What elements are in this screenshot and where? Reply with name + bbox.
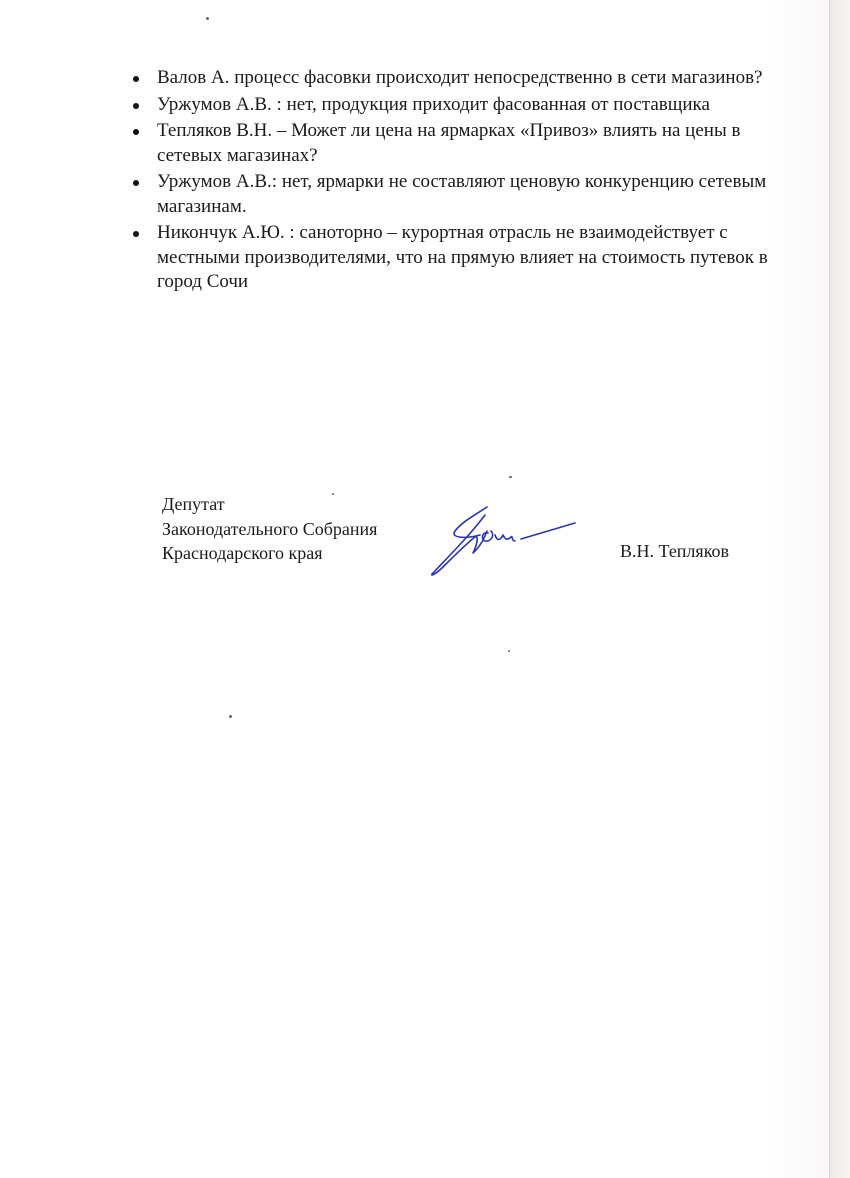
signer-title-line: Законодательного Собрания (162, 517, 377, 542)
list-item-text: Тепляков В.Н. – Может ли цена на ярмарка… (157, 120, 740, 166)
signer-name: В.Н. Тепляков (620, 541, 729, 562)
bullet-icon (133, 76, 139, 82)
list-item-text: Уржумов А.В. : нет, продукция приходит ф… (157, 94, 710, 115)
bullet-icon (133, 103, 139, 109)
document-page: Валов А. процесс фасовки происходит непо… (0, 0, 850, 1178)
list-item-text: Никончук А.Ю. : саноторно – курортная от… (157, 222, 768, 292)
discussion-list: Валов А. процесс фасовки происходит непо… (133, 66, 773, 295)
list-item-text: Уржумов А.В.: нет, ярмарки не составляют… (157, 171, 766, 217)
scan-speck (206, 17, 209, 20)
list-item: Валов А. процесс фасовки происходит непо… (133, 66, 773, 91)
list-item: Тепляков В.Н. – Может ли цена на ярмарка… (133, 119, 773, 168)
signer-title-line: Краснодарского края (162, 541, 377, 566)
bullet-icon (133, 129, 139, 135)
signer-title: Депутат Законодательного Собрания Красно… (162, 492, 377, 566)
scan-speck (509, 476, 512, 478)
scan-speck (508, 650, 510, 652)
handwritten-signature (425, 495, 595, 580)
list-item: Никончук А.Ю. : саноторно – курортная от… (133, 221, 773, 295)
signer-title-line: Депутат (162, 492, 377, 517)
scan-speck (229, 715, 232, 718)
bullet-icon (133, 231, 139, 237)
scan-edge (829, 0, 850, 1178)
bullet-icon (133, 180, 139, 186)
list-item: Уржумов А.В. : нет, продукция приходит ф… (133, 93, 773, 118)
list-item-text: Валов А. процесс фасовки происходит непо… (157, 67, 762, 88)
list-item: Уржумов А.В.: нет, ярмарки не составляют… (133, 170, 773, 219)
